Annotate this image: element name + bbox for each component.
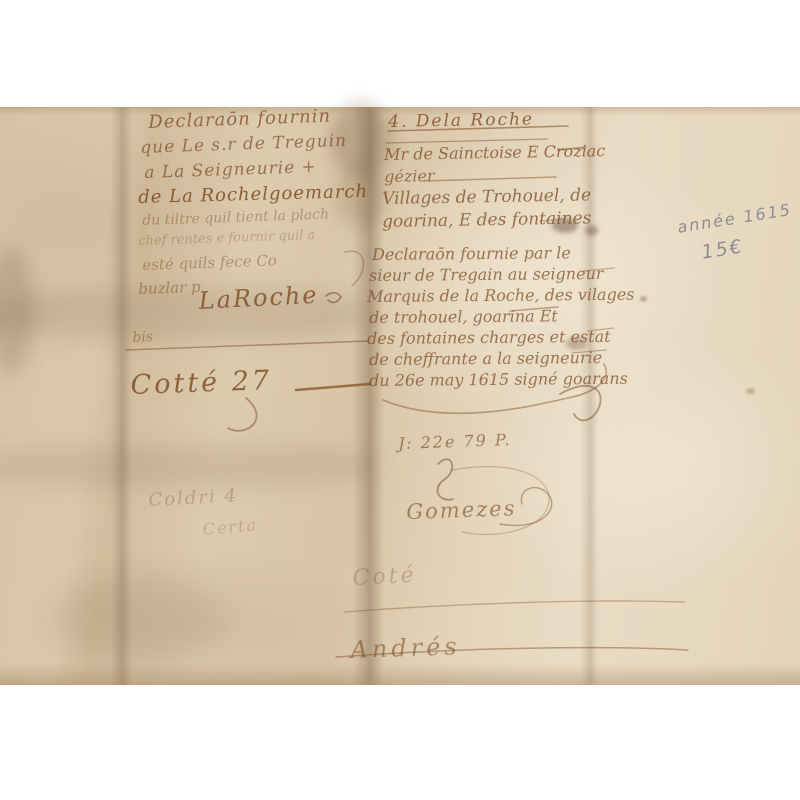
paragraph-line-3: Marquis de la Roche, des vilages xyxy=(367,285,635,306)
andres-signature: Andrés xyxy=(350,632,461,664)
paragraph-line-5: des fontaines charges et estat xyxy=(367,327,611,348)
right-header-5: goarina, E des fontaines xyxy=(382,208,592,232)
paragraph-line-4: de trohouel, goarina Et xyxy=(369,306,558,327)
right-header-2: Mr de Sainctoise E Croziac xyxy=(384,141,605,164)
paragraph-line-1: Declaraōn fournie par le xyxy=(372,243,571,264)
paragraph-line-2: sieur de Tregain au seigneur xyxy=(369,264,604,285)
right-header-4: Villages de Trohouel, de xyxy=(382,185,591,209)
right-header-3: gézier xyxy=(384,166,435,186)
right-header-1: 4. Dela Roche xyxy=(388,109,534,132)
left-line-8: buzlar p xyxy=(138,278,201,298)
stain-bottom-left xyxy=(55,575,225,660)
docket-number: J: 22e 79 P. xyxy=(398,430,512,453)
stain-band-left-lower xyxy=(0,446,380,486)
gomezes-signature: Gomezes xyxy=(406,496,517,524)
bis-note: bis xyxy=(132,329,153,346)
stain-spot-4 xyxy=(640,296,647,302)
stain-spot-5 xyxy=(746,388,755,394)
photo-page: Declaraōn fournin que Le s.r de Treguin … xyxy=(0,0,800,800)
paragraph-line-7: du 26e may 1615 signé goarans xyxy=(369,369,628,390)
cote-number: Cotté 27 xyxy=(130,365,273,401)
parchment-bottom-edge-shadow xyxy=(0,663,800,685)
cote-signature: Coté xyxy=(352,563,417,591)
paragraph-line-6: de cheffrante a la seigneurie xyxy=(369,348,602,369)
